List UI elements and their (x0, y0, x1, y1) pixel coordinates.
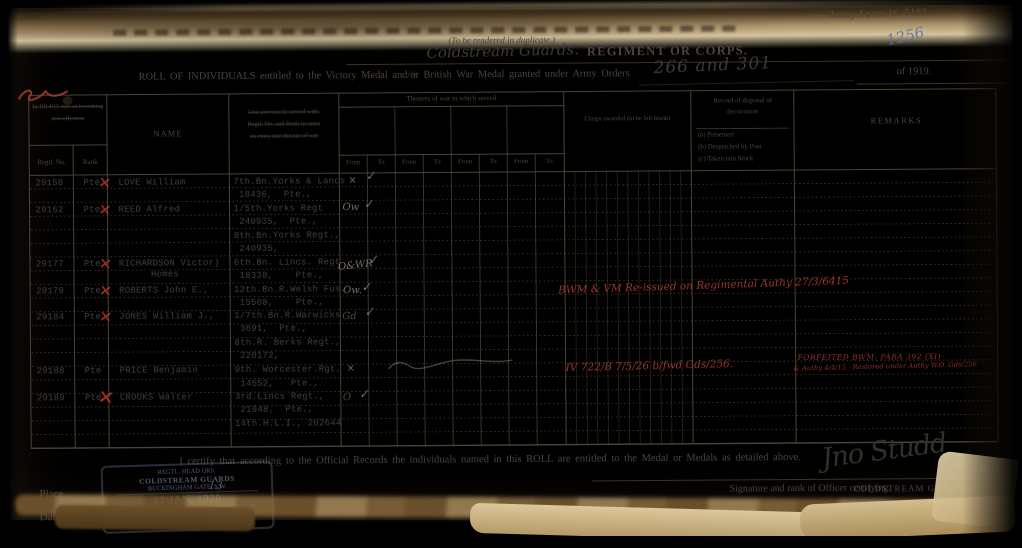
form-content: Army Form W. 5102. 1256 (To be rendered … (0, 0, 1022, 548)
name: CROOKS Walter (120, 392, 193, 403)
unit-line: 3rd.Lincs Regt., (235, 391, 325, 402)
unit-line: 14th.H.L.I., 202644 (235, 418, 341, 429)
col-regtl-no: Regtl. No. (30, 158, 73, 166)
pencil-mark: Ow (342, 202, 359, 213)
star-header-line1: In 1914/15 star on becoming (30, 103, 106, 111)
regtl-no: 29162 (36, 205, 64, 215)
unit-line: 1/5th.Yorks Regt (234, 203, 324, 214)
unit-line: 15508, Pte., (234, 297, 324, 308)
red-cross-mark: ✕ (97, 173, 112, 193)
unit-line: 18338, Pte., (234, 270, 324, 281)
pencil-mark: O (343, 392, 351, 403)
pencil-page-note: 13 (208, 478, 223, 492)
unit-line: 7th.Bn.Yorks & Lancs (233, 176, 345, 187)
pencil-check: ✓ (360, 279, 372, 294)
col-from-2: From (396, 159, 422, 167)
star-header-line2: non-effective (30, 115, 106, 123)
pencil-mark: × (347, 363, 355, 374)
unit-line: 8th.R. Berks Regt., (234, 337, 340, 348)
unit-line: 9th. Worcester.Rgt. (235, 364, 341, 375)
disposal-item-b: (b) Despatched by Post (698, 143, 761, 151)
pencil-scribble (389, 360, 513, 369)
rank: Pte (85, 366, 102, 376)
regtl-no: 29179 (36, 286, 64, 296)
name: REED Alfred (119, 204, 181, 214)
unit-line: 240935, Pte., (234, 216, 318, 227)
unit-line: 14552, Pte., (235, 378, 319, 389)
regtl-no: 29177 (36, 259, 64, 269)
col-to-3: To (480, 158, 506, 166)
pencil-check: ✓ (358, 386, 370, 401)
col-from-3: From (452, 158, 478, 166)
red-remarks-line1: FORFEITED BWM: PARA 392 (XI) (798, 352, 941, 362)
name: LOVE William (118, 177, 185, 187)
unit-line: 12th.Bn.R.Welsh Fus. (234, 284, 346, 295)
pencil-check: ✓ (363, 196, 375, 211)
pencil-check: ✓ (367, 252, 379, 267)
red-cross-mark: ✕ (97, 200, 112, 220)
pencil-check: ✓ (363, 304, 375, 319)
left-shadow (0, 0, 18, 548)
unit-line: 21948, Pte., (235, 404, 313, 415)
name: JONES William J., (119, 311, 214, 322)
regtl-no: 29189 (37, 393, 65, 403)
red-cross-mark: ✕ (98, 307, 113, 327)
disposal-header-line2: decorations (694, 108, 792, 116)
pencil-check: ✓ (364, 168, 376, 183)
unit-line: 240935, (234, 244, 279, 254)
torn-edge (55, 505, 255, 532)
name: PRICE Benjamin (120, 365, 198, 376)
unit-line: 18436, Pte., (233, 189, 311, 200)
unit-header-line3: on entry into theatre of war (231, 132, 337, 140)
disposal-header-line1: Record of disposal of (694, 97, 792, 105)
pencil-mark: Gd (342, 311, 356, 322)
red-cross-mark: ✕ (98, 281, 113, 301)
col-from-1: From (340, 159, 366, 167)
col-rank: Rank (74, 158, 106, 166)
unit-header-line1: Unit previously served with. (231, 108, 337, 116)
name-line2: Homes (151, 269, 179, 279)
unit-line: 6th.Bn. Lincs. Regt (234, 257, 340, 268)
background-strip (0, 536, 1022, 548)
col-from-4: From (508, 158, 534, 166)
disposal-item-a: (a) Presented (698, 131, 734, 139)
col-to-4: To (536, 158, 562, 166)
pencil-mark: × (348, 175, 356, 186)
col-theatres: Theatres of war in which served (339, 94, 564, 104)
pencil-mark: Ow. (343, 285, 362, 296)
regtl-no: 29158 (35, 178, 63, 188)
right-shadow (962, 0, 1022, 548)
col-name: NAME (109, 129, 227, 140)
regtl-no: 29184 (36, 312, 64, 322)
unit-line: 8th.Bn.Yorks Regt., (234, 230, 340, 241)
red-cross-mark: ✕ (96, 386, 115, 410)
disposal-item-c: (c) Taken into Stock (698, 155, 753, 163)
unit-header-line2: Regtl. No. and Rank in same (231, 120, 337, 128)
col-to-2: To (424, 158, 450, 166)
regtl-no: 29188 (37, 366, 65, 376)
col-clasps: Clasps awarded (to be left blank) (564, 115, 691, 123)
col-to-1: To (368, 159, 394, 167)
unit-line: 1/7th.Bn.R.Warwicks (234, 310, 340, 321)
unit-line: 3691, Pte., (234, 323, 307, 334)
name: ROBERTS John E., (119, 285, 209, 296)
scanned-medal-roll-page: Army Form W. 5102. 1256 (To be rendered … (0, 0, 1022, 548)
name: RICHARDSON Victor) (119, 258, 220, 269)
unit-line: 220172, (235, 351, 280, 361)
red-cross-mark: ✕ (98, 254, 113, 274)
